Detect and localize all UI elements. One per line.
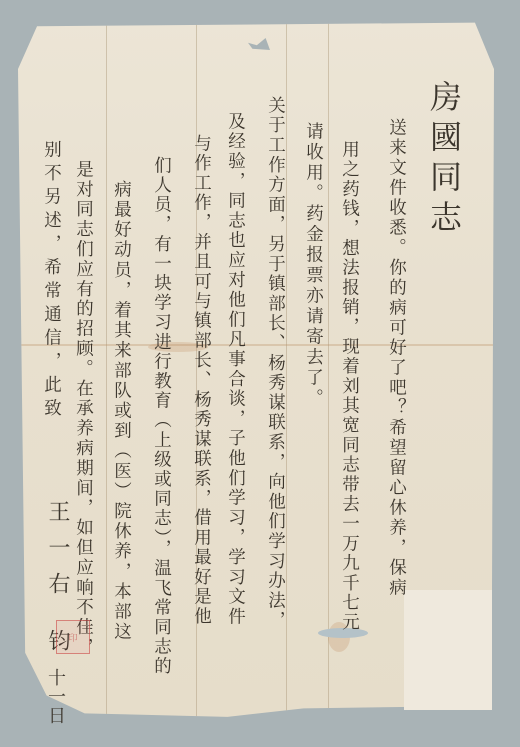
fold-line — [106, 12, 107, 724]
letter-column-6: 与作工作，并且可与镇部长、杨秀谋联系，借用最好是他 — [192, 134, 210, 627]
letter-column-7: 们人员，有一块学习进行教育（上级或同志），温飞常同志的 — [152, 156, 170, 676]
letter-column-8: 病最好动员，着其来部队或到（医）院休养，本部这 — [112, 180, 130, 642]
letter-date: 十一日 — [46, 668, 64, 725]
paper-patch — [404, 590, 492, 710]
letter-column-4: 关于工作方面，另于镇部长、杨秀谋联系，向他们学习办法， — [266, 96, 284, 631]
salutation: 房國同志 — [428, 80, 460, 240]
red-seal-stamp: 印 — [56, 620, 90, 654]
fold-line — [328, 12, 329, 724]
fold-line — [286, 12, 287, 724]
letter-column-1: 送来文件收悉。你的病可好了吧？希望留心休养，保病 — [387, 118, 405, 598]
letter-column-5: 及经验，同志也应对他们凡事合谈，子他们学习，学习文件 — [226, 112, 244, 627]
letter-column-3: 请收用。药金报票亦请寄去了。 — [304, 122, 322, 409]
letter-column-9: 是对同志们应有的招顾。在承养病期间，如但应响不佳， — [74, 160, 92, 658]
letter-column-10: 别不另述，希常通信，此致 — [42, 140, 60, 422]
letter-column-2: 用之药钱，想法报销，现着刘其宽同志带去一万九千七元 — [340, 140, 358, 633]
